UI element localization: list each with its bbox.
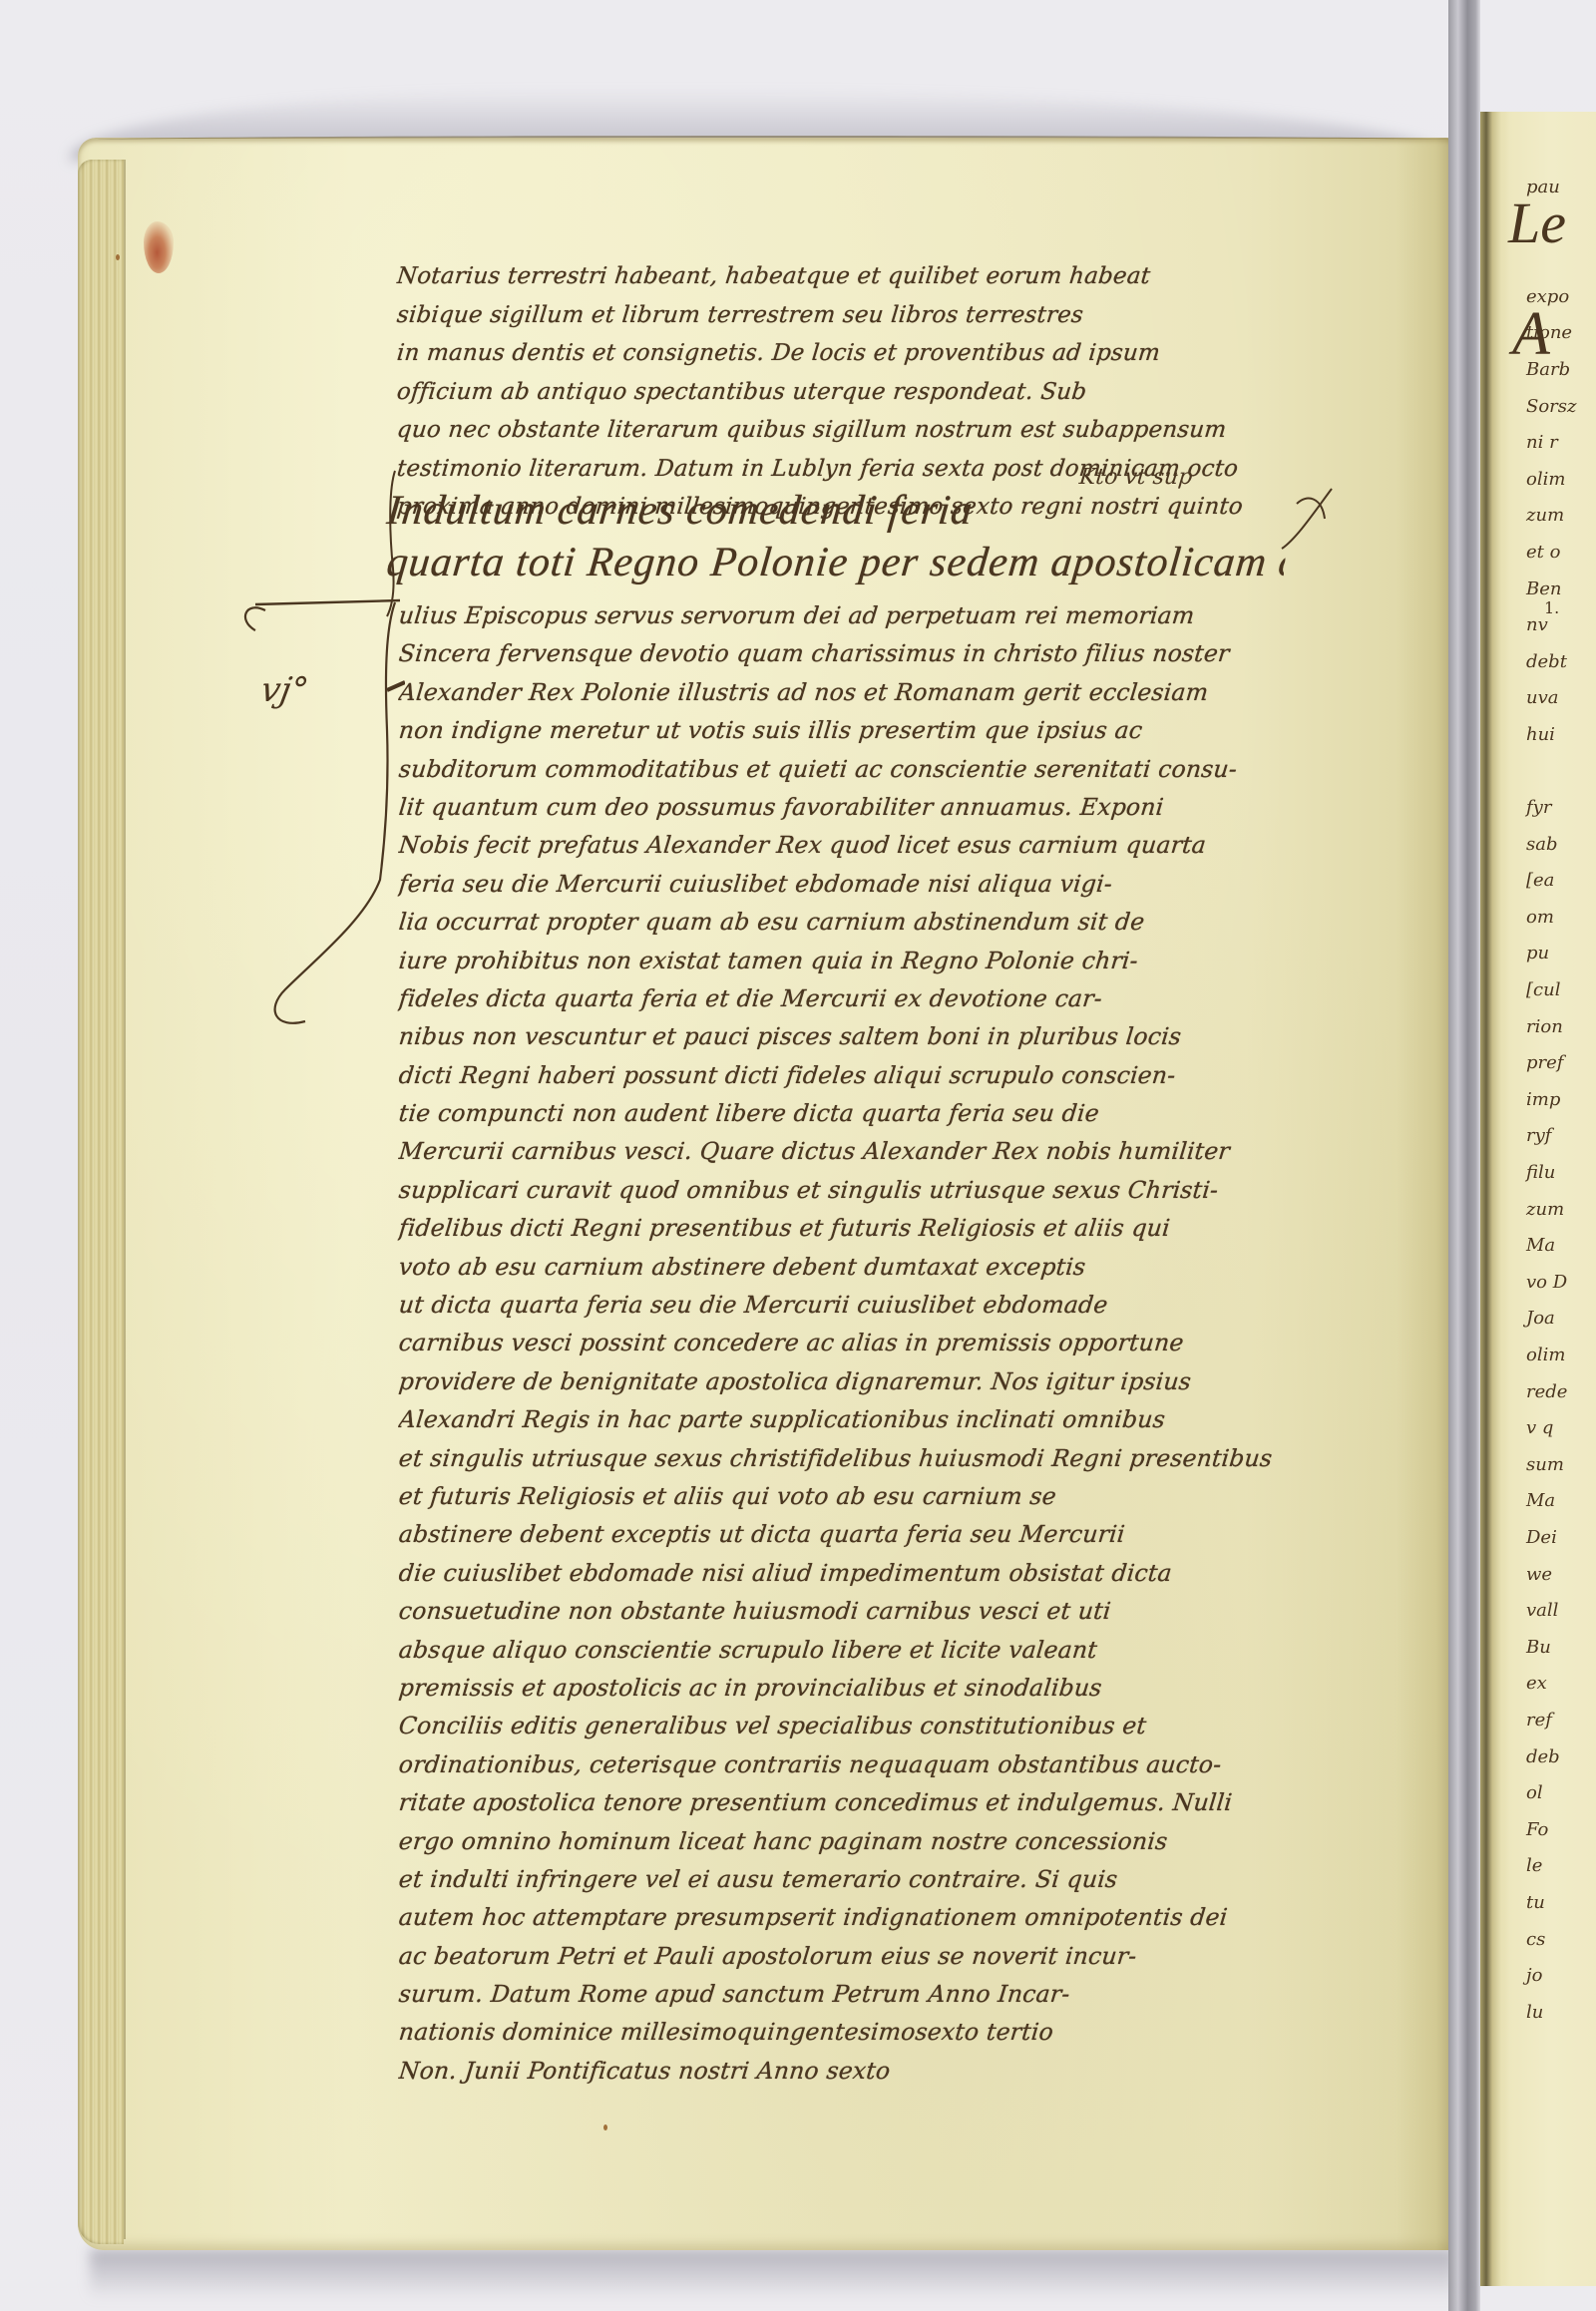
- text-line: Nobis fecit prefatus Alexander Rex quod …: [397, 826, 1299, 864]
- text-line: subditorum commoditatibus et quieti ac c…: [397, 750, 1299, 788]
- text-line: tie compuncti non audent libere dicta qu…: [397, 1094, 1299, 1132]
- text-line: lit quantum cum deo possumus favorabilit…: [397, 788, 1299, 826]
- text-fragment: lu: [1526, 1995, 1596, 2032]
- text-fragment: olim: [1526, 462, 1596, 499]
- text-line: in manus dentis et consignetis. De locis…: [395, 334, 1297, 373]
- text-line: nationis dominice millesimoquingentesimo…: [397, 2013, 1299, 2051]
- text-fragment: Barb: [1526, 352, 1596, 389]
- text-fragment: Sorsz: [1526, 389, 1596, 426]
- text-line: feria seu die Mercurii cuiuslibet ebdoma…: [397, 865, 1299, 903]
- text-line: Alexandri Regis in hac parte supplicatio…: [397, 1400, 1299, 1438]
- text-line: lia occurrat propter quam ab esu carnium…: [397, 903, 1299, 941]
- text-line: Mercurii carnibus vesci. Quare dictus Al…: [397, 1132, 1299, 1170]
- text-line: et indulti infringere vel ei ausu temera…: [397, 1860, 1299, 1898]
- text-fragment: filu: [1526, 1155, 1596, 1192]
- text-fragment: pau: [1526, 170, 1596, 206]
- text-fragment: ryf: [1526, 1118, 1596, 1155]
- text-fragment: [1526, 242, 1596, 279]
- text-line: carnibus vesci possint concedere ac alia…: [397, 1324, 1299, 1361]
- text-line: Sincera fervensque devotio quam charissi…: [397, 634, 1299, 672]
- margin-note: vj°: [257, 670, 311, 710]
- text-fragment: hui: [1526, 717, 1596, 754]
- text-line: iure prohibitus non existat tamen quia i…: [397, 942, 1299, 979]
- text-fragment: olim: [1526, 1338, 1596, 1374]
- right-page-text: pau expo tione Barb Sorsz ni r olim zum …: [1526, 170, 1596, 2031]
- text-fragment: pu: [1526, 936, 1596, 972]
- text-line: voto ab esu carnium abstinere debent dum…: [397, 1248, 1299, 1286]
- text-line: ulius Episcopus servus servorum dei ad p…: [397, 596, 1299, 634]
- text-line: officium ab antiquo spectantibus uterque…: [395, 373, 1297, 412]
- right-page-gutter: [1480, 112, 1510, 2286]
- text-fragment: Ma: [1526, 1228, 1596, 1265]
- text-fragment: fyr: [1526, 790, 1596, 827]
- text-line: quo nec obstante literarum quibus sigill…: [395, 411, 1297, 450]
- text-fragment: [ea: [1526, 863, 1596, 900]
- text-line: Alexander Rex Polonie illustris ad nos e…: [397, 673, 1299, 711]
- text-line: ordinationibus, ceterisque contrariis ne…: [397, 1745, 1299, 1783]
- text-line: surum. Datum Rome apud sanctum Petrum An…: [397, 1975, 1299, 2013]
- text-fragment: [1526, 206, 1596, 243]
- text-fragment: expo: [1526, 279, 1596, 316]
- text-line: autem hoc attemptare presumpserit indign…: [397, 1898, 1299, 1936]
- text-fragment: deb: [1526, 1739, 1596, 1776]
- text-line: providere de benignitate apostolica dign…: [397, 1362, 1299, 1400]
- text-fragment: sab: [1526, 827, 1596, 864]
- text-fragment: Joa: [1526, 1301, 1596, 1338]
- text-fragment: ol: [1526, 1775, 1596, 1812]
- text-fragment: [1526, 754, 1596, 791]
- text-line: Notarius terrestri habeant, habeatque et…: [395, 257, 1297, 296]
- text-fragment: Bu: [1526, 1630, 1596, 1667]
- text-fragment: rion: [1526, 1009, 1596, 1046]
- speck: [603, 2124, 607, 2130]
- text-fragment: Fo: [1526, 1812, 1596, 1849]
- text-line: et singulis utriusque sexus christifidel…: [397, 1439, 1299, 1477]
- text-line: ritate apostolica tenore presentium conc…: [397, 1783, 1299, 1821]
- text-line: nibus non vescuntur et pauci pisces salt…: [397, 1017, 1299, 1055]
- book-fore-edge: [78, 160, 124, 2244]
- text-fragment: sum: [1526, 1447, 1596, 1484]
- spine-clamp-bar: [1448, 0, 1480, 2311]
- text-fragment: pref: [1526, 1045, 1596, 1082]
- page-shadow-bottom: [90, 2249, 1456, 2299]
- text-fragment: Ben: [1526, 572, 1596, 608]
- text-fragment: debt: [1526, 644, 1596, 681]
- text-fragment: cs: [1526, 1922, 1596, 1959]
- text-fragment: et o: [1526, 535, 1596, 572]
- text-line: ergo omnino hominum liceat hanc paginam …: [397, 1822, 1299, 1860]
- text-fragment: Dei: [1526, 1520, 1596, 1557]
- text-line: ac beatorum Petri et Pauli apostolorum e…: [397, 1937, 1299, 1975]
- text-fragment: we: [1526, 1557, 1596, 1594]
- text-fragment: vo D: [1526, 1265, 1596, 1302]
- text-line: fidelibus dicti Regni presentibus et fut…: [397, 1209, 1299, 1247]
- text-line: dicti Regni haberi possunt dicti fideles…: [397, 1056, 1299, 1094]
- text-fragment: nv: [1526, 607, 1596, 644]
- heading-line: quarta toti Regno Polonie per sedem apos…: [384, 537, 1287, 588]
- text-fragment: zum: [1526, 1192, 1596, 1229]
- text-line: consuetudine non obstante huiusmodi carn…: [397, 1592, 1299, 1630]
- text-line: sibique sigillum et librum terrestrem se…: [395, 296, 1297, 335]
- text-fragment: ni r: [1526, 425, 1596, 462]
- page-edge-line: [124, 160, 126, 2239]
- text-line: Non. Junii Pontificatus nostri Anno sext…: [397, 2052, 1299, 2090]
- text-fragment: uva: [1526, 680, 1596, 717]
- gutter-shadow: [1396, 138, 1452, 2250]
- text-fragment: [cul: [1526, 972, 1596, 1009]
- text-line: premissis et apostolicis ac in provincia…: [397, 1669, 1299, 1707]
- text-fragment: v q: [1526, 1410, 1596, 1447]
- text-line: absque aliquo conscientie scrupulo liber…: [397, 1631, 1299, 1669]
- text-fragment: imp: [1526, 1082, 1596, 1119]
- text-fragment: ex: [1526, 1666, 1596, 1703]
- speck: [116, 254, 120, 260]
- text-fragment: tu: [1526, 1885, 1596, 1922]
- text-line: die cuiuslibet ebdomade nisi aliud imped…: [397, 1554, 1299, 1592]
- text-fragment: om: [1526, 900, 1596, 937]
- text-line: non indigne meretur ut votis suis illis …: [397, 711, 1299, 749]
- text-line: et futuris Religiosis et aliis qui voto …: [397, 1477, 1299, 1515]
- text-fragment: ref: [1526, 1703, 1596, 1739]
- heading-line: Indultum carnes comedendi feria: [384, 485, 1287, 537]
- text-line: fideles dicta quarta feria et die Mercur…: [397, 979, 1299, 1017]
- body-paragraph: ulius Episcopus servus servorum dei ad p…: [399, 596, 1297, 2090]
- section-heading: Indultum carnes comedendi feria quarta t…: [387, 485, 1285, 588]
- text-fragment: Ma: [1526, 1483, 1596, 1520]
- text-fragment: le: [1526, 1848, 1596, 1885]
- text-fragment: zum: [1526, 498, 1596, 535]
- text-fragment: vall: [1526, 1593, 1596, 1630]
- text-fragment: jo: [1526, 1958, 1596, 1995]
- text-line: ut dicta quarta feria seu die Mercurii c…: [397, 1286, 1299, 1324]
- text-fragment: rede: [1526, 1374, 1596, 1411]
- text-line: abstinere debent exceptis ut dicta quart…: [397, 1515, 1299, 1553]
- text-line: Conciliis editis generalibus vel special…: [397, 1707, 1299, 1744]
- text-line: supplicari curavit quod omnibus et singu…: [397, 1171, 1299, 1209]
- text-fragment: tione: [1526, 315, 1596, 352]
